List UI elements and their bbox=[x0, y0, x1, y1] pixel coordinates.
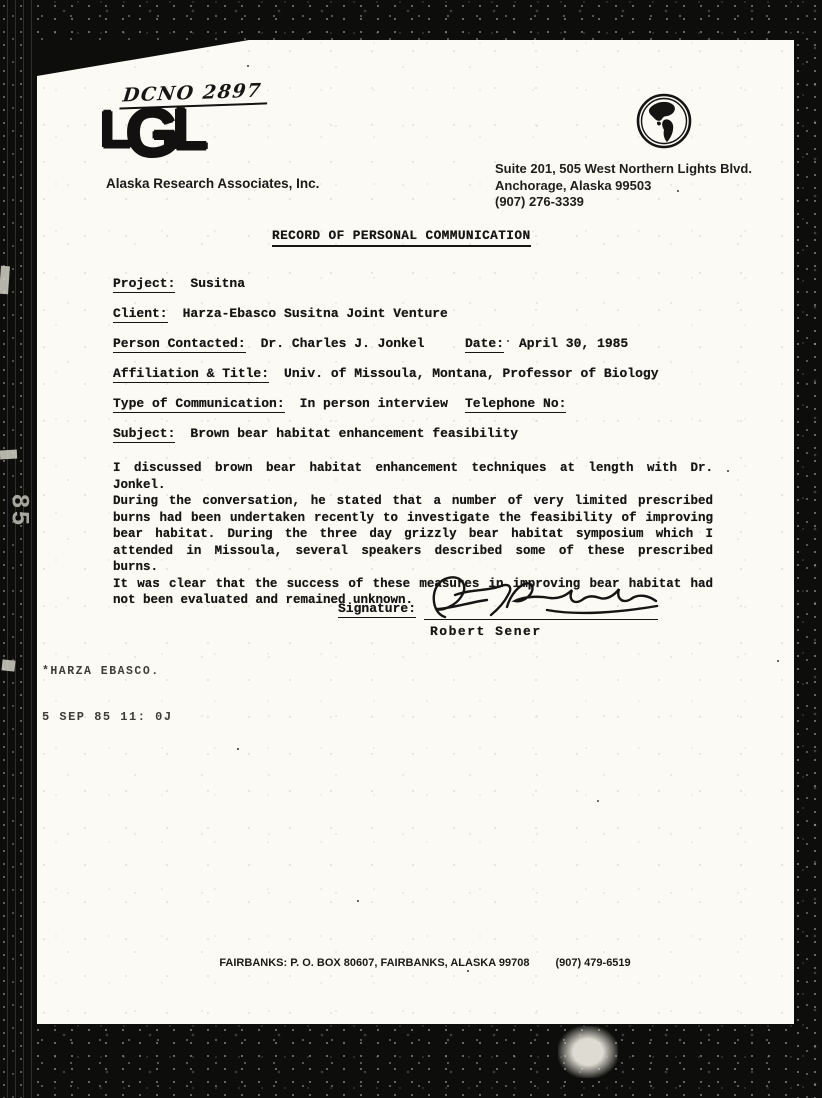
scan-border-top bbox=[0, 0, 822, 40]
field-row-person-contacted: Person Contacted:Dr. Charles J. Jonkel D… bbox=[113, 336, 773, 351]
field-row-subject: Subject:Brown bear habitat enhancement f… bbox=[113, 426, 773, 441]
field-label: Project: bbox=[113, 276, 175, 293]
field-label: Client: bbox=[113, 306, 168, 323]
field-label: Type of Communication: bbox=[113, 396, 285, 413]
field-label: Subject: bbox=[113, 426, 175, 443]
body-line: burns had been undertaken recently to in… bbox=[113, 510, 713, 527]
body-line: I discussed brown bear habitat enhanceme… bbox=[113, 460, 713, 493]
body-line: During the conversation, he stated that … bbox=[113, 493, 713, 510]
footer-address: FAIRBANKS: P. O. BOX 80607, FAIRBANKS, A… bbox=[219, 957, 529, 969]
field-value: Harza-Ebasco Susitna Joint Venture bbox=[183, 306, 448, 321]
logo-letter: L bbox=[173, 97, 202, 162]
address-line: Anchorage, Alaska 99503 bbox=[495, 178, 752, 195]
field-row-project: Project:Susitna bbox=[113, 276, 773, 291]
receipt-stamp-company: *HARZA EBASCO. bbox=[42, 665, 160, 678]
field-value: Univ. of Missoula, Montana, Professor of… bbox=[284, 366, 658, 381]
logo-letter: L bbox=[100, 101, 126, 159]
field-row-client: Client:Harza-Ebasco Susitna Joint Ventur… bbox=[113, 306, 773, 321]
field-value: Dr. Charles J. Jonkel bbox=[261, 336, 425, 351]
scan-border-right bbox=[794, 0, 822, 1098]
company-name: Alaska Research Associates, Inc. bbox=[106, 176, 319, 191]
scan-blotch bbox=[558, 1026, 618, 1078]
field-label: Affiliation & Title: bbox=[113, 366, 269, 383]
footer-text: FAIRBANKS: P. O. BOX 80607, FAIRBANKS, A… bbox=[120, 957, 730, 969]
field-label-telephone: Telephone No: bbox=[465, 396, 566, 413]
document-title: RECORD OF PERSONAL COMMUNICATION bbox=[272, 228, 531, 247]
field-row-communication-type: Type of Communication:In person intervie… bbox=[113, 396, 773, 411]
signature-scrawl bbox=[427, 572, 662, 631]
scan-artifact bbox=[0, 450, 17, 460]
scan-border-bottom bbox=[0, 1024, 822, 1098]
logo-letter: G bbox=[126, 95, 173, 171]
footer-phone: (907) 479-6519 bbox=[555, 957, 630, 969]
scanned-document: DCNO 2897 LGL Alaska Research Associates… bbox=[0, 0, 822, 1098]
field-value-date: April 30, 1985 bbox=[519, 336, 628, 351]
field-label-date: Date: bbox=[465, 336, 504, 353]
body-line: bear habitat. During the three day grizz… bbox=[113, 526, 713, 543]
field-value: In person interview bbox=[300, 396, 448, 411]
body-line: attended in Missoula, several speakers d… bbox=[113, 543, 713, 576]
field-value: Brown bear habitat enhancement feasibili… bbox=[190, 426, 518, 441]
signature-label: Signature: bbox=[338, 601, 416, 616]
lgl-logo: LGL bbox=[100, 99, 202, 167]
field-value: Susitna bbox=[190, 276, 245, 291]
address-block: Suite 201, 505 West Northern Lights Blvd… bbox=[495, 161, 752, 211]
address-line: Suite 201, 505 West Northern Lights Blvd… bbox=[495, 161, 752, 178]
field-row-affiliation: Affiliation & Title:Univ. of Missoula, M… bbox=[113, 366, 773, 381]
margin-page-number: 85 bbox=[5, 491, 34, 531]
signatory-name: Robert Sener bbox=[430, 624, 542, 639]
field-label: Person Contacted: bbox=[113, 336, 246, 353]
scan-artifact bbox=[1, 659, 15, 671]
receipt-stamp-datetime: 5 SEP 85 11: 0J bbox=[42, 710, 173, 724]
address-line: (907) 276-3339 bbox=[495, 194, 752, 211]
scan-border-left bbox=[0, 0, 37, 1098]
globe-icon bbox=[633, 92, 695, 157]
